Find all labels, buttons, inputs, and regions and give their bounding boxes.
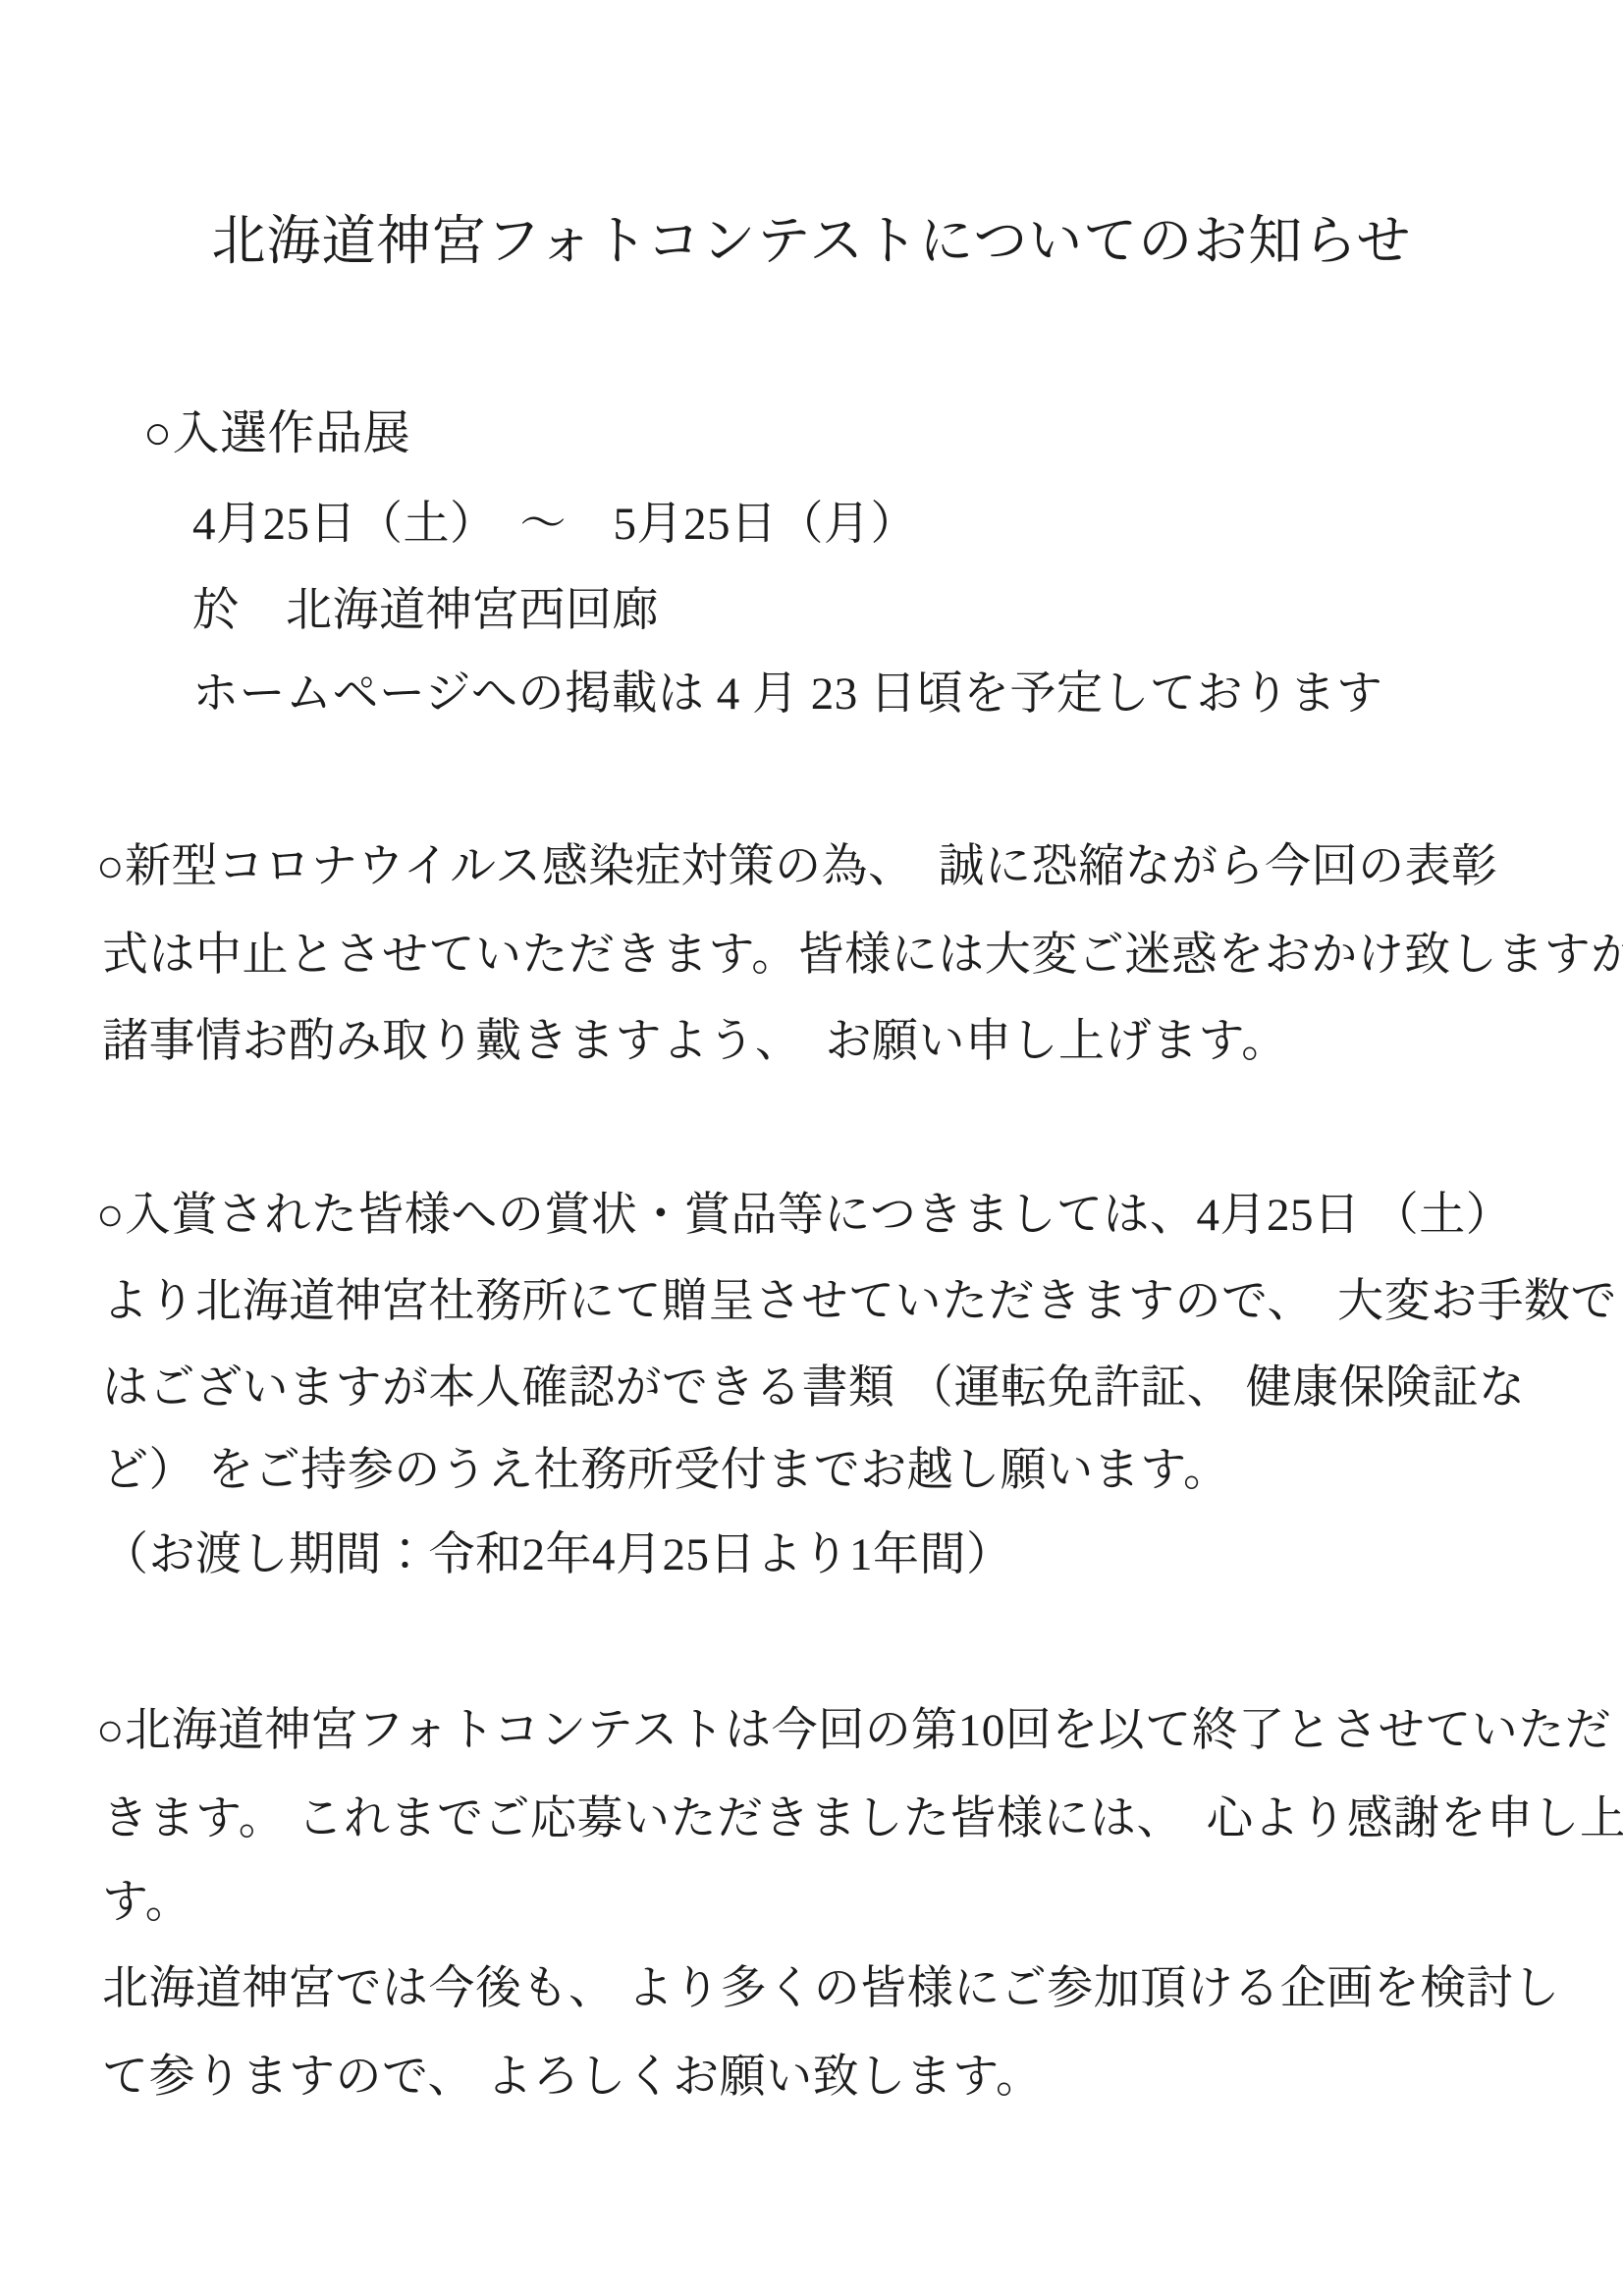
text-line: 北海道神宮では今後も、 より多くの皆様にご参加頂ける企画を検討し <box>102 1961 1560 2016</box>
text-line: 式は中止とさせていただきます。皆様には大変ご迷惑をおかけ致しますが、 <box>102 928 1623 983</box>
text-line: ○新型コロナウイルス感染症対策の為、 誠に恐縮ながら今回の表彰 <box>96 839 1498 894</box>
text-line: ど） をご持参のうえ社務所受付までお越し願います。 <box>102 1443 1230 1498</box>
text-line-handover-period: （お渡し期間：令和2年4月25日より1年間） <box>102 1527 1013 1582</box>
text-line: す。 <box>102 1875 191 1930</box>
text-line: ○入賞された皆様への賞状・賞品等につきましては、4月25日 （土） <box>96 1188 1512 1243</box>
text-line: て参りますので、 よろしくお願い致します。 <box>102 2050 1043 2105</box>
text-line: より北海道神宮社務所にて贈呈させていただきますので、 大変お手数で <box>102 1274 1617 1329</box>
text-line-homepage-posting: ホームページへの掲載は 4 月 23 日頃を予定しております <box>192 667 1383 721</box>
document-title: 北海道神宮フォトコンテストについてのお知らせ <box>0 209 1623 274</box>
text-line: 諸事情お酌み取り戴きますよう、 お願い申し上げます。 <box>102 1014 1288 1069</box>
section-heading-exhibition: ○入選作品展 <box>143 405 410 462</box>
text-line: ○北海道神宮フォトコンテストは今回の第10回を以て終了とさせていただ <box>96 1703 1611 1758</box>
text-line-exhibition-venue: 於 北海道神宮西回廊 <box>192 583 659 638</box>
text-line-exhibition-dates: 4月25日（土） ～ 5月25日（月） <box>192 497 917 552</box>
document-page: 北海道神宮フォトコンテストについてのお知らせ ○入選作品展 4月25日（土） ～… <box>0 0 1623 2296</box>
text-line: きます。 これまでご応募いただきました皆様には、 心より感謝を申し上げま <box>102 1791 1623 1846</box>
text-line: はございますが本人確認ができる書類 （運転免許証、 健康保険証な <box>102 1361 1526 1415</box>
